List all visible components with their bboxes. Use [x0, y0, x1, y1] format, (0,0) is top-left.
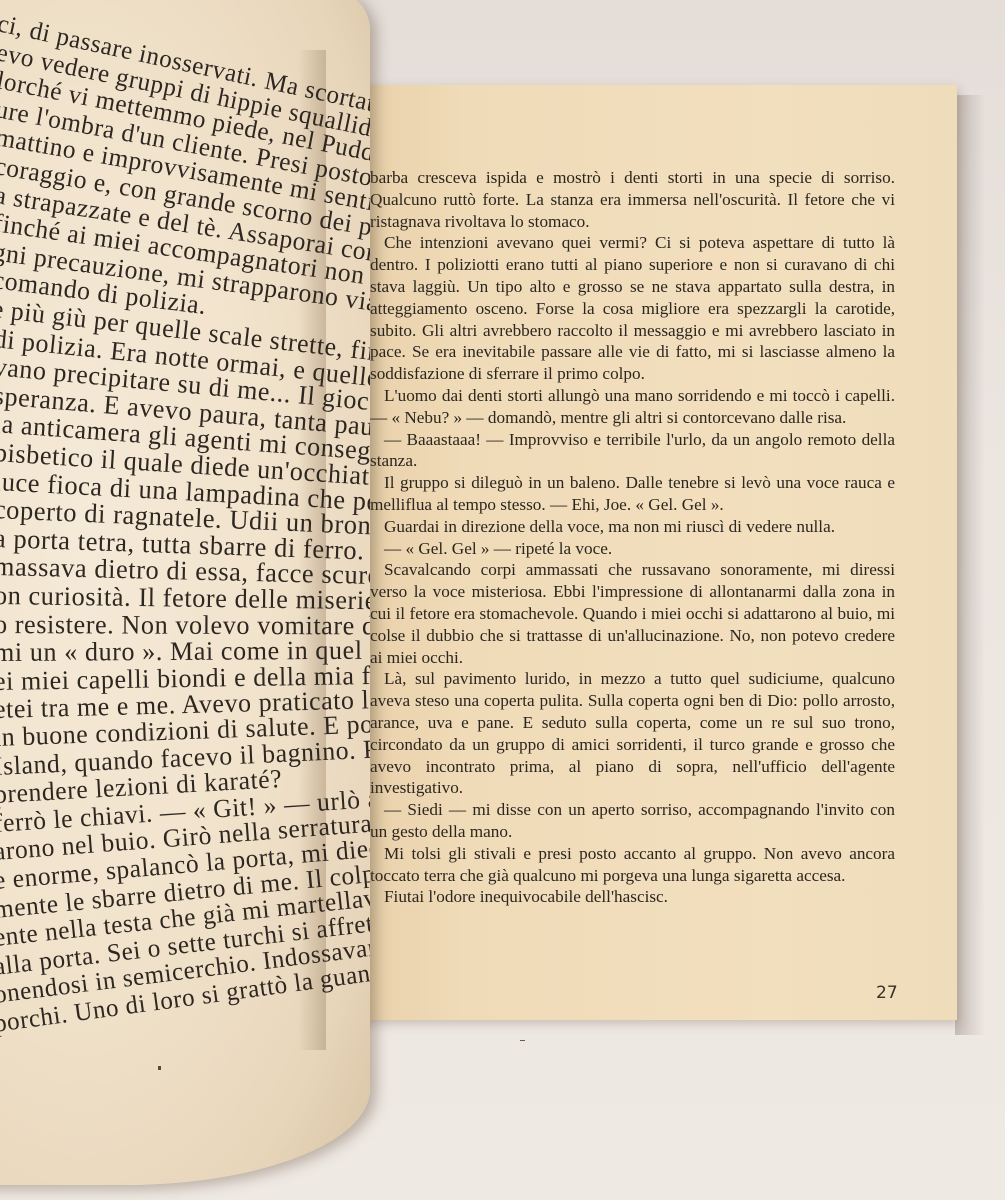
paragraph: — « Gel. Gel » — ripeté la voce.: [370, 538, 895, 560]
paragraph: Il gruppo si dileguò in un baleno. Dalle…: [370, 472, 895, 516]
page-number: 27: [876, 983, 898, 1003]
paragraph: Mi tolsi gli stivali e presi posto accan…: [370, 843, 895, 887]
paragraph: Fiutai l'odore inequivocabile dell'hasci…: [370, 886, 895, 908]
paragraph: Guardai in direzione della voce, ma non …: [370, 516, 895, 538]
paragraph: — Baaastaaa! — Improvviso e terribile l'…: [370, 429, 895, 473]
print-mark: [520, 1040, 525, 1041]
paragraph: barba cresceva ispida e mostrò i denti s…: [370, 167, 895, 232]
paragraph: — Siedi — mi disse con un aperto sorriso…: [370, 799, 895, 843]
paragraph: Là, sul pavimento lurido, in mezzo a tut…: [370, 668, 895, 799]
paragraph: Che intenzioni avevano quei vermi? Ci si…: [370, 232, 895, 385]
paragraph: Scavalcando corpi ammassati che russavan…: [370, 559, 895, 668]
paragraph: L'uomo dai denti storti allungò una mano…: [370, 385, 895, 429]
left-page-body: ci, di passare inosservati. Ma scortato …: [0, 0, 370, 1060]
right-page-body: barba cresceva ispida e mostrò i denti s…: [370, 167, 895, 908]
page-shadow: [955, 95, 985, 1035]
print-mark: [158, 1066, 161, 1070]
